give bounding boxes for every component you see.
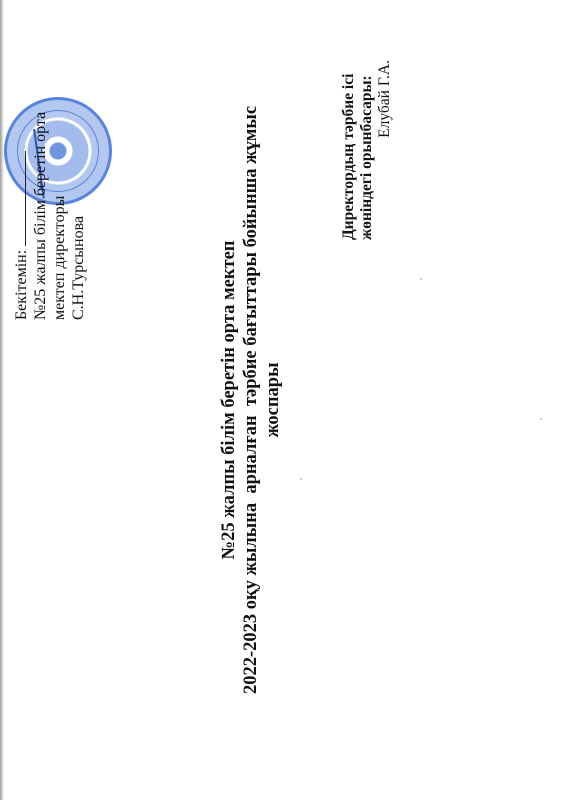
title-line-3: жоспары (262, 0, 284, 800)
deputy-block: Директордың тәрбие ісі жөніндегі орынбас… (340, 0, 394, 240)
title-line-2: 2022-2023 оқу жылына арналған тәрбие бағ… (240, 0, 262, 800)
approval-label: Бекітемін: (13, 250, 30, 320)
document-page: Бекітемін: №25 жалпы білім беретін орта … (0, 0, 566, 800)
scan-speck (540, 418, 542, 420)
approval-line: С.Н.Турсынова (69, 0, 88, 320)
title-line-1: №25 жалпы білім беретін орта мектеп (218, 0, 240, 800)
scan-speck (300, 478, 302, 480)
deputy-position-line-2: жөніндегі орынбасары: (358, 0, 376, 240)
document-title: №25 жалпы білім беретін орта мектеп 2022… (218, 0, 284, 800)
deputy-name: Елубай Г.А. (376, 0, 394, 240)
approval-line: мектеп директоры (50, 0, 69, 320)
signature-line (25, 151, 26, 246)
approval-line: №25 жалпы білім беретін орта (31, 0, 50, 320)
deputy-position-line-1: Директордың тәрбие ісі (340, 0, 358, 240)
approval-block: Бекітемін: №25 жалпы білім беретін орта … (12, 0, 88, 320)
scan-speck (420, 278, 422, 280)
